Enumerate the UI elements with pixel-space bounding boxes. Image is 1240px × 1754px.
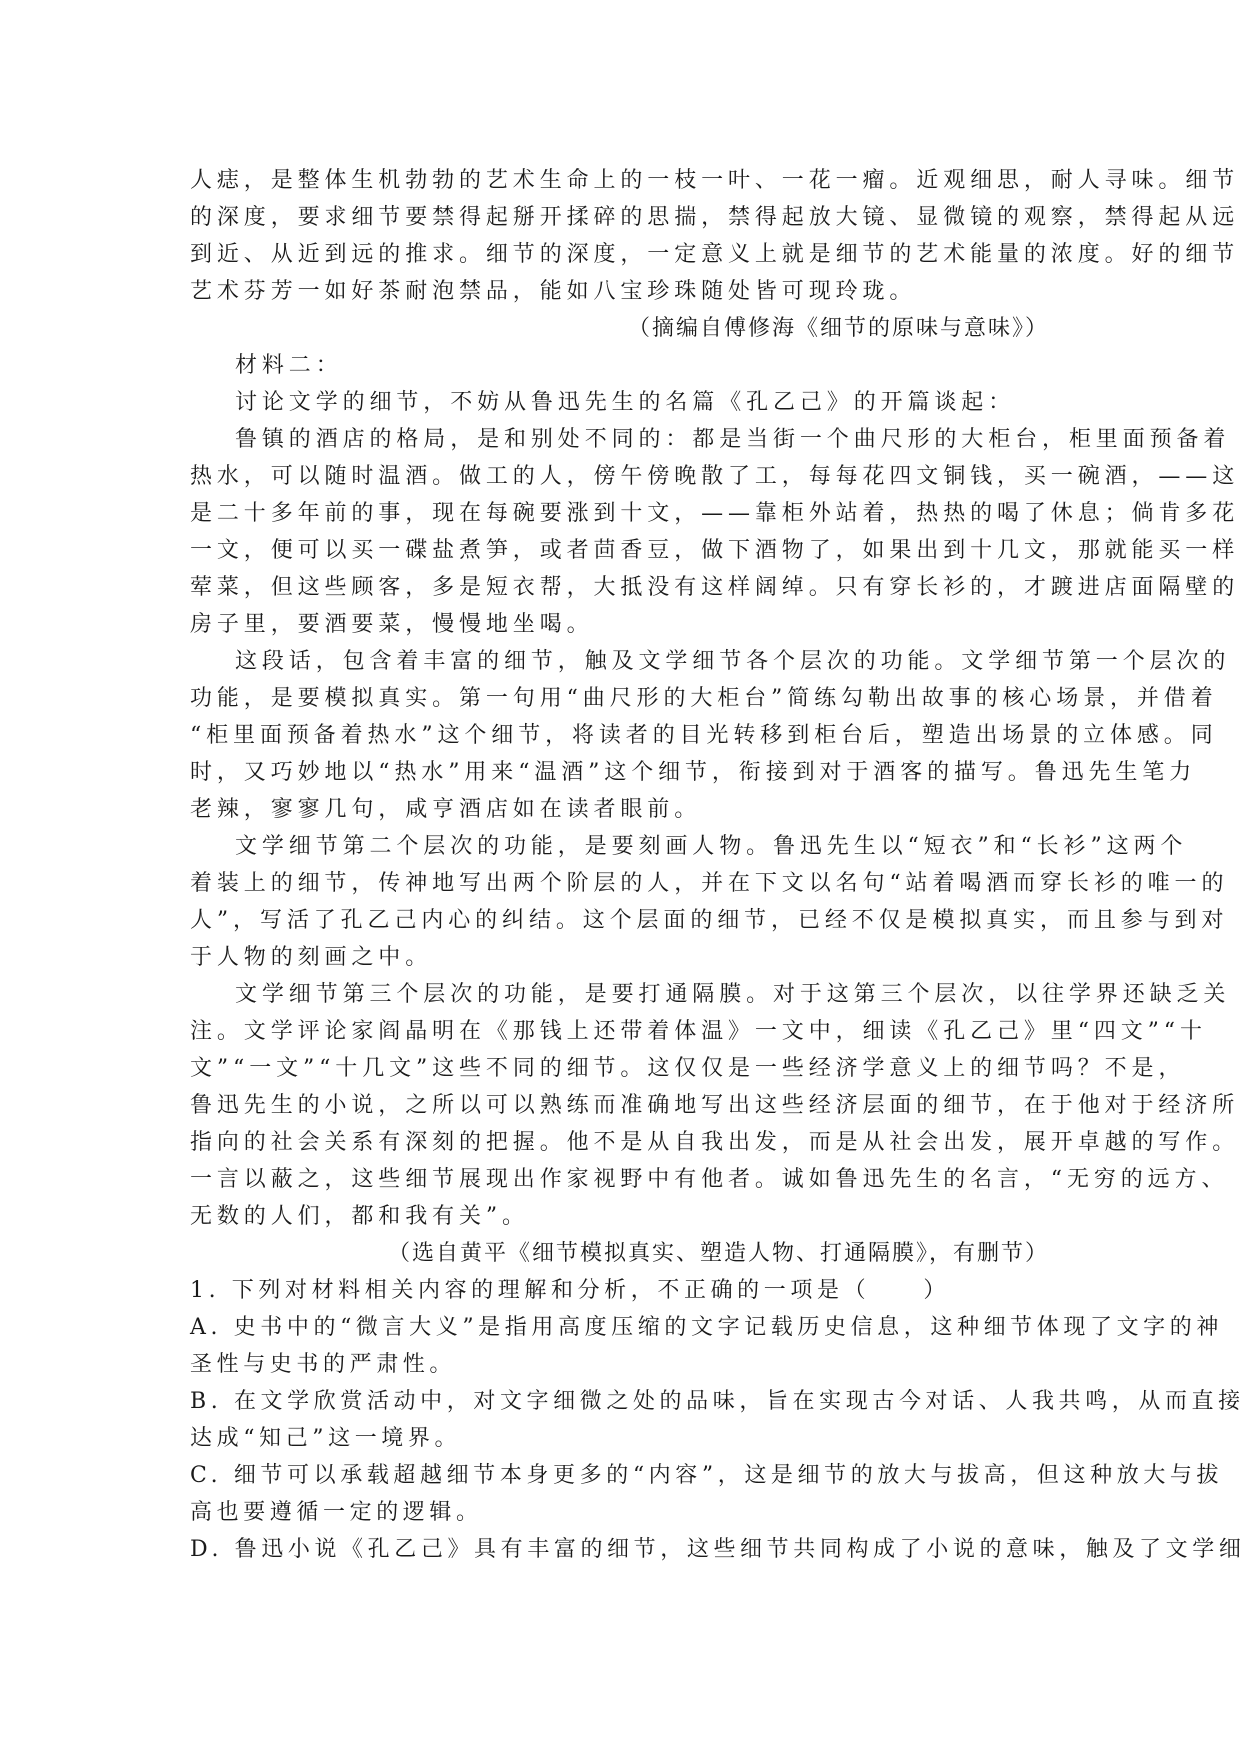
text-line: 文学细节第三个层次的功能，是要打通隔膜。对于这第三个层次，以往学界还缺乏关 xyxy=(190,976,1051,1013)
text-line: 热水，可以随时温酒。做工的人，傍午傍晚散了工，每每花四文铜钱，买一碗酒，——这 xyxy=(190,458,1051,495)
question-stem: 1. 下列对材料相关内容的理解和分析，不正确的一项是（ ） xyxy=(190,1272,1051,1309)
option-b-line: 达成“知己”这一境界。 xyxy=(190,1420,1051,1457)
text-line: 这段话，包含着丰富的细节，触及文学细节各个层次的功能。文学细节第一个层次的 xyxy=(190,643,1051,680)
option-c-line: 高也要遵循一定的逻辑。 xyxy=(190,1494,1051,1531)
paragraph-level-two: 文学细节第二个层次的功能，是要刻画人物。鲁迅先生以“短衣”和“长衫”这两个 着装… xyxy=(190,828,1051,976)
material-two-heading: 材料二： xyxy=(190,347,1051,384)
text-line: 着装上的细节，传神地写出两个阶层的人，并在下文以名句“站着喝酒而穿长衫的唯一的 xyxy=(190,865,1051,902)
exam-page: 人痣，是整体生机勃勃的艺术生命上的一枝一叶、一花一瘤。近观细思，耐人寻味。细节 … xyxy=(190,162,1051,1568)
text-line: 的深度，要求细节要禁得起掰开揉碎的思揣，禁得起放大镜、显微镜的观察，禁得起从远 xyxy=(190,199,1051,236)
option-b-line: B. 在文学欣赏活动中，对文字细微之处的品味，旨在实现古今对话、人我共鸣，从而直… xyxy=(190,1383,1051,1420)
material-two: 材料二： 讨论文学的细节，不妨从鲁迅先生的名篇《孔乙己》的开篇谈起： 鲁镇的酒店… xyxy=(190,347,1051,1272)
option-d[interactable]: D. 鲁迅小说《孔乙己》具有丰富的细节，这些细节共同构成了小说的意味，触及了文学… xyxy=(190,1531,1051,1568)
question-1: 1. 下列对材料相关内容的理解和分析，不正确的一项是（ ） A. 史书中的“微言… xyxy=(190,1272,1051,1568)
text-line: 于人物的刻画之中。 xyxy=(190,939,1051,976)
text-line: 文学细节第二个层次的功能，是要刻画人物。鲁迅先生以“短衣”和“长衫”这两个 xyxy=(190,828,1051,865)
kong-yiji-quote: 鲁镇的酒店的格局，是和别处不同的：都是当街一个曲尺形的大柜台，柜里面预备着 热水… xyxy=(190,421,1051,643)
text-line: 无数的人们，都和我有关”。 xyxy=(190,1198,1051,1235)
text-line: 人痣，是整体生机勃勃的艺术生命上的一枝一叶、一花一瘤。近观细思，耐人寻味。细节 xyxy=(190,162,1051,199)
option-a-line: A. 史书中的“微言大义”是指用高度压缩的文字记载历史信息，这种细节体现了文字的… xyxy=(190,1309,1051,1346)
option-a[interactable]: A. 史书中的“微言大义”是指用高度压缩的文字记载历史信息，这种细节体现了文字的… xyxy=(190,1309,1051,1383)
option-c-line: C. 细节可以承载超越细节本身更多的“内容”，这是细节的放大与拔高，但这种放大与… xyxy=(190,1457,1051,1494)
paragraph-level-one: 这段话，包含着丰富的细节，触及文学细节各个层次的功能。文学细节第一个层次的 功能… xyxy=(190,643,1051,828)
text-line: 功能，是要模拟真实。第一句用“曲尺形的大柜台”简练勾勒出故事的核心场景，并借着 xyxy=(190,680,1051,717)
text-line: “柜里面预备着热水”这个细节，将读者的目光转移到柜台后，塑造出场景的立体感。同 xyxy=(190,717,1051,754)
text-line: 一文，便可以买一碟盐煮笋，或者茴香豆，做下酒物了，如果出到十几文，那就能买一样 xyxy=(190,532,1051,569)
option-d-line: D. 鲁迅小说《孔乙己》具有丰富的细节，这些细节共同构成了小说的意味，触及了文学… xyxy=(190,1531,1051,1568)
text-line: 到近、从近到远的推求。细节的深度，一定意义上就是细节的艺术能量的浓度。好的细节 xyxy=(190,236,1051,273)
material-one-tail: 人痣，是整体生机勃勃的艺术生命上的一枝一叶、一花一瘤。近观细思，耐人寻味。细节 … xyxy=(190,162,1051,347)
material-one-source: （摘编自傅修海《细节的原味与意味》） xyxy=(190,310,1051,347)
text-line: 文”“一文”“十几文”这些不同的细节。这仅仅是一些经济学意义上的细节吗？不是， xyxy=(190,1050,1051,1087)
text-line: 是二十多年前的事，现在每碗要涨到十文，——靠柜外站着，热热的喝了休息；倘肯多花 xyxy=(190,495,1051,532)
text-line: 人”，写活了孔乙己内心的纠结。这个层面的细节，已经不仅是模拟真实，而且参与到对 xyxy=(190,902,1051,939)
material-two-source: （选自黄平《细节模拟真实、塑造人物、打通隔膜》，有删节） xyxy=(190,1235,1051,1272)
text-line: 鲁镇的酒店的格局，是和别处不同的：都是当街一个曲尺形的大柜台，柜里面预备着 xyxy=(190,421,1051,458)
option-c[interactable]: C. 细节可以承载超越细节本身更多的“内容”，这是细节的放大与拔高，但这种放大与… xyxy=(190,1457,1051,1531)
material-two-intro: 讨论文学的细节，不妨从鲁迅先生的名篇《孔乙己》的开篇谈起： xyxy=(190,384,1051,421)
text-line: 指向的社会关系有深刻的把握。他不是从自我出发，而是从社会出发，展开卓越的写作。 xyxy=(190,1124,1051,1161)
text-line: 一言以蔽之，这些细节展现出作家视野中有他者。诚如鲁迅先生的名言，“无穷的远方、 xyxy=(190,1161,1051,1198)
option-b[interactable]: B. 在文学欣赏活动中，对文字细微之处的品味，旨在实现古今对话、人我共鸣，从而直… xyxy=(190,1383,1051,1457)
text-line: 注。文学评论家阎晶明在《那钱上还带着体温》一文中，细读《孔乙己》里“四文”“十 xyxy=(190,1013,1051,1050)
text-line: 荤菜，但这些顾客，多是短衣帮，大抵没有这样阔绰。只有穿长衫的，才踱进店面隔壁的 xyxy=(190,569,1051,606)
text-line: 时，又巧妙地以“热水”用来“温酒”这个细节，衔接到对于酒客的描写。鲁迅先生笔力 xyxy=(190,754,1051,791)
option-a-line: 圣性与史书的严肃性。 xyxy=(190,1346,1051,1383)
text-line: 鲁迅先生的小说，之所以可以熟练而准确地写出这些经济层面的细节，在于他对于经济所 xyxy=(190,1087,1051,1124)
paragraph-level-three: 文学细节第三个层次的功能，是要打通隔膜。对于这第三个层次，以往学界还缺乏关 注。… xyxy=(190,976,1051,1235)
text-line: 老辣，寥寥几句，咸亨酒店如在读者眼前。 xyxy=(190,791,1051,828)
text-line: 房子里，要酒要菜，慢慢地坐喝。 xyxy=(190,606,1051,643)
text-line: 艺术芬芳一如好茶耐泡禁品，能如八宝珍珠随处皆可现玲珑。 xyxy=(190,273,1051,310)
